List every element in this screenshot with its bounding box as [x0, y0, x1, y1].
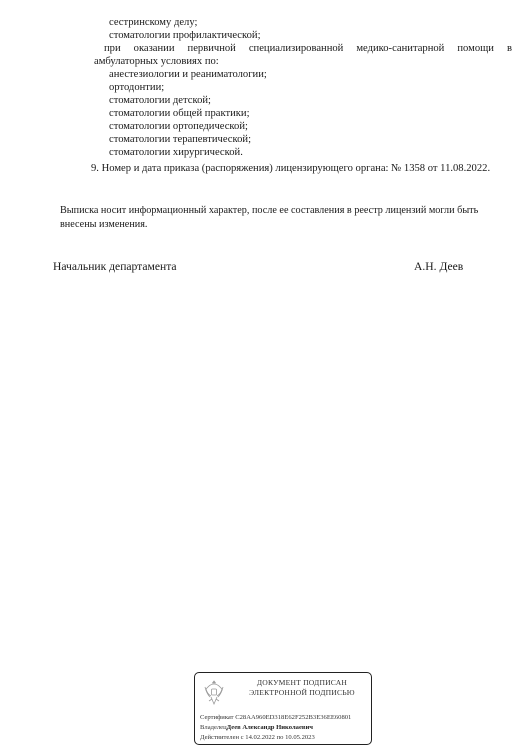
stamp-title: ДОКУМЕНТ ПОДПИСАН ЭЛЕКТРОННОЙ ПОДПИСЬЮ [237, 678, 367, 698]
signatory-name: А.Н. Деев [414, 260, 463, 273]
signatory-position: Начальник департамента [53, 260, 177, 273]
order-number-item: 9. Номер и дата приказа (распоряжения) л… [91, 162, 490, 175]
ambulatory-intro-continuation: амбулаторных условиях по: [94, 55, 219, 68]
list-item: стоматологии общей практики; [109, 107, 250, 120]
list-item: ортодонтии; [109, 81, 164, 94]
certificate-line: Сертификат C28AA960ED318E62F252B3E36EE60… [200, 713, 351, 722]
russian-coat-of-arms-icon [203, 679, 225, 707]
list-item: стоматологии хирургической. [109, 146, 243, 159]
list-item: сестринскому делу; [109, 16, 197, 29]
list-item: стоматологии профилактической; [109, 29, 261, 42]
list-item: стоматологии ортопедической; [109, 120, 248, 133]
ambulatory-intro: при оказании первичной специализированно… [104, 42, 512, 55]
list-item: стоматологии терапевтической; [109, 133, 251, 146]
owner-line: ВладелецДеев Александр Николаевич [200, 723, 313, 732]
disclaimer-line-1: Выписка носит информационный характер, п… [60, 204, 478, 217]
disclaimer-line-2: внесены изменения. [60, 218, 147, 231]
validity-line: Действителен с 14.02.2022 по 10.05.2023 [200, 733, 315, 742]
electronic-signature-stamp: ДОКУМЕНТ ПОДПИСАН ЭЛЕКТРОННОЙ ПОДПИСЬЮ С… [194, 672, 372, 745]
list-item: стоматологии детской; [109, 94, 211, 107]
list-item: анестезиологии и реаниматологии; [109, 68, 267, 81]
